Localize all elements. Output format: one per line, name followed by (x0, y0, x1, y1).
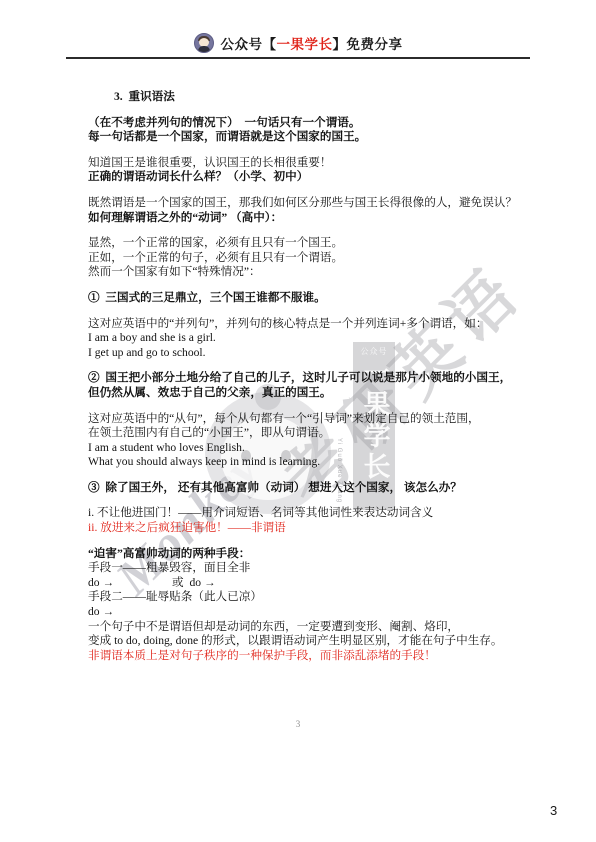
text-line: 这对应英语中的“从句”，每个从句都有一个“引导词”来划定自己的领土范围， (88, 412, 568, 427)
text-line: 变成 to do, doing, done 的形式，以跟谓语动词产生明显区别，才… (88, 634, 568, 649)
text-line: 3. 重识语法 (114, 90, 568, 105)
document-body: 3. 重识语法（在不考虑并列句的情况下） 一句话只有一个谓语。每一句话都是一个国… (88, 90, 568, 663)
document-page: Monkey 考研英语 公众号 一果学长 Yi Guo Xue Zhang 公众… (0, 0, 596, 842)
text-line: I am a student who loves English. (88, 441, 568, 456)
text-line: What you should always keep in mind is l… (88, 455, 568, 470)
text-line: 如何理解谓语之外的“动词” （高中）： (88, 211, 568, 226)
text-line: do → 或 do → (88, 576, 568, 591)
header-prefix: 公众号【 (221, 37, 277, 52)
header-divider (66, 57, 530, 59)
header-suffix: 】免费分享 (333, 37, 403, 52)
text-line: 手段一——粗暴毁容，面目全非 (88, 561, 568, 576)
text-line: “迫害”高富帅动词的两种手段： (88, 547, 568, 562)
text-line: 正确的谓语动词长什么样？（小学、初中） (88, 170, 568, 185)
page-header: 公众号【一果学长】免费分享 (0, 30, 596, 56)
text-line: ① 三国式的三足鼎立，三个国王谁都不服谁。 (88, 291, 568, 306)
text-line: i. 不让他进国门！——用介词短语、名词等其他词性来表达动词含义 (88, 506, 568, 521)
text-line: 手段二——耻辱贴条（此人已凉） (88, 590, 568, 605)
text-line: 知道国王是谁很重要，认识国王的长相很重要！ (88, 156, 568, 171)
text-line: 显然，一个正常的国家，必须有且只有一个国王。 (88, 236, 568, 251)
text-line: 每一句话都是一个国家，而谓语就是这个国家的国王。 (88, 130, 568, 145)
text-line: ③ 除了国王外， 还有其他高富帅（动词） 想进入这个国家， 该怎么办？ (88, 481, 568, 496)
text-line: ② 国王把小部分土地分给了自己的儿子，这时儿子可以说是那片小领地的小国王， (88, 371, 568, 386)
text-line: 但仍然从属、效忠于自己的父亲，真正的国王。 (88, 386, 568, 401)
text-line: ii. 放进来之后疯狂迫害他！——非谓语 (88, 521, 568, 536)
text-line: 非谓语本质上是对句子秩序的一种保护手段，而非添乱添堵的手段！ (88, 649, 568, 664)
avatar-body (198, 46, 210, 53)
monkey-avatar-icon (194, 33, 214, 53)
text-line: 这对应英语中的“并列句”，并列句的核心特点是一个并列连词+多个谓语，如： (88, 317, 568, 332)
text-line: 既然谓语是一个国家的国王，那我们如何区分那些与国王长得很像的人，避免误认？ (88, 196, 568, 211)
text-line: 一个句子中不是谓语但却是动词的东西，一定要遭到变形、阉割、烙印， (88, 620, 568, 635)
corner-page-number: 3 (550, 803, 557, 818)
text-line: I am a boy and she is a girl. (88, 331, 568, 346)
text-line: （在不考虑并列句的情况下） 一句话只有一个谓语。 (88, 116, 568, 131)
text-line: 然而一个国家有如下“特殊情况”： (88, 265, 568, 280)
inline-page-number: 3 (0, 719, 596, 729)
header-account-name: 一果学长 (277, 37, 333, 52)
text-line: 在领土范围内有自己的“小国王”，即从句谓语。 (88, 426, 568, 441)
header-title: 公众号【一果学长】免费分享 (221, 33, 403, 53)
text-line: I get up and go to school. (88, 346, 568, 361)
text-line: 正如，一个正常的句子，必须有且只有一个谓语。 (88, 251, 568, 266)
text-line: do → (88, 605, 568, 620)
